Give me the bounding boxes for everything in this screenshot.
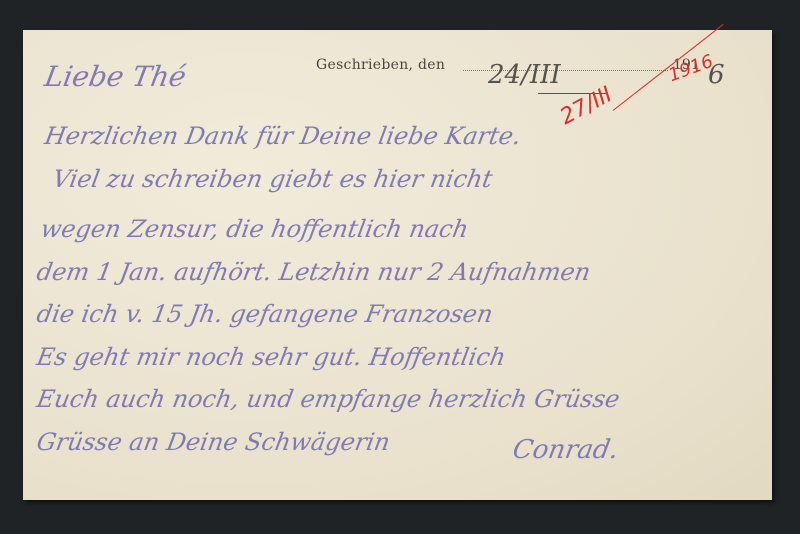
printed-date-label: Geschrieben, den (316, 57, 445, 73)
letter-line: Herzlichen Dank für Deine liebe Karte. (43, 122, 524, 150)
letter-line: die ich v. 15 Jh. gefangene Franzosen (35, 300, 496, 328)
letter-line: dem 1 Jan. aufhört. Letzhin nur 2 Aufnah… (35, 258, 593, 286)
letter-line: Es geht mir noch sehr gut. Hoffentlich (35, 343, 508, 371)
postcard: Geschrieben, den 191 24/III 6 27/III 191… (23, 30, 772, 500)
letter-line: Euch auch noch, und empfange herzlich Gr… (35, 385, 622, 413)
signature: Conrad. (510, 435, 620, 465)
handwritten-date: 24/III (488, 60, 561, 90)
red-annotation-date: 27/III (556, 82, 616, 130)
salutation: Liebe Thé (42, 60, 189, 93)
letter-line: wegen Zensur, die hoffentlich nach (39, 215, 471, 243)
letter-line: Viel zu schreiben giebt es hier nicht (51, 165, 495, 193)
letter-line: Grüsse an Deine Schwägerin (35, 428, 393, 456)
